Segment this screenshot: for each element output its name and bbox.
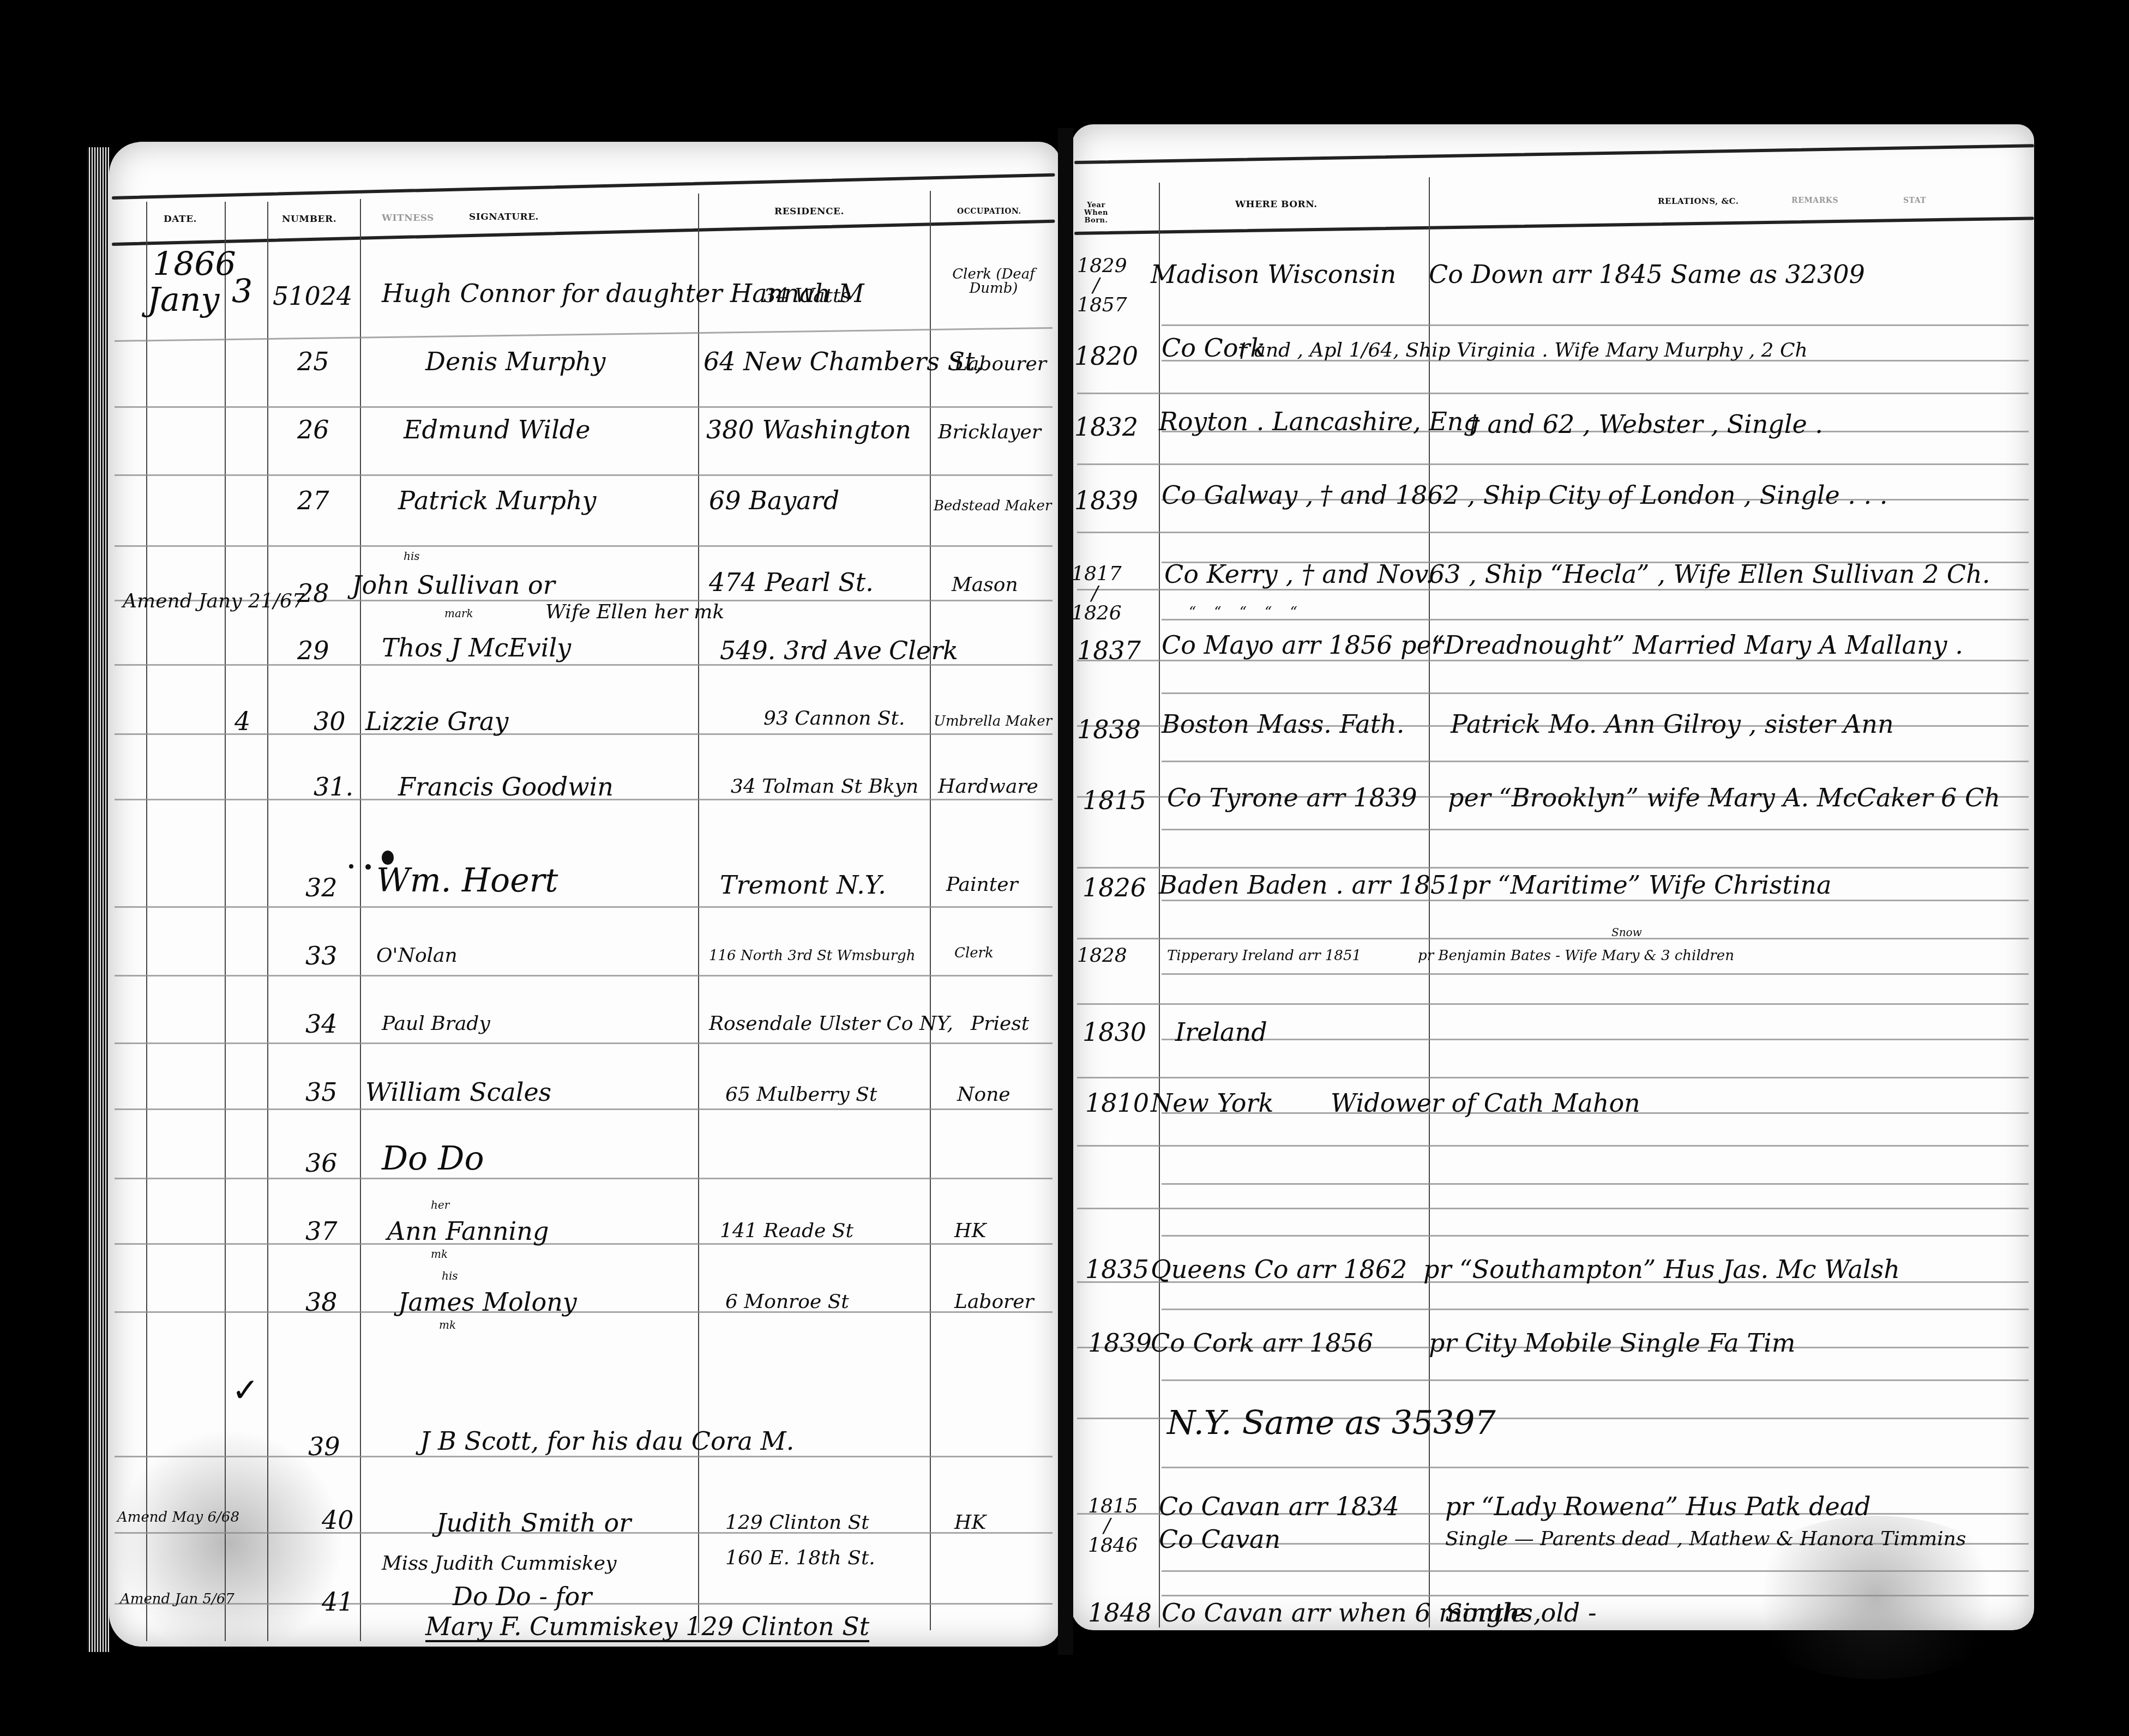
entry-relations: Co Down arr 1845 Same as 32309	[1429, 262, 1865, 287]
row-rule	[1077, 532, 2029, 533]
entry-where-born-line2: Co Cavan	[1159, 1527, 1280, 1552]
margin-note-amend: Amend Jan 5/67	[120, 1592, 234, 1606]
entry-residence: 69 Bayard	[709, 488, 839, 513]
entry-where-born: Co Cavan arr 1834	[1159, 1494, 1399, 1519]
entry-relations: “Dreadnought” Married Mary A Mallany .	[1432, 632, 1963, 658]
entry-year-born: 1839	[1074, 488, 1138, 513]
entry-number: 36	[305, 1150, 338, 1176]
entry-where-born: Ireland	[1175, 1020, 1267, 1045]
row-rule	[1077, 1208, 2029, 1209]
entry-signature-line2: Mary F. Cummiskey 129 Clinton St	[425, 1614, 869, 1642]
entry-year-born: 1829 / 1857	[1077, 256, 1115, 315]
entry-year-born: 1810	[1085, 1090, 1149, 1116]
header-residence: RESIDENCE.	[774, 206, 844, 217]
row-rule	[1077, 660, 2029, 661]
entry-where-born: Co Cork arr 1856	[1151, 1330, 1373, 1355]
entry-relations: Single ,	[1445, 1600, 1541, 1625]
entry-year-born: 1828	[1077, 946, 1127, 966]
entry-where-born: Tipperary Ireland arr 1851	[1167, 949, 1361, 963]
header-remarks-faded: REMARKS	[1791, 196, 1838, 205]
entry-occupation: Clerk	[954, 946, 994, 960]
entry-signature: Do Do	[382, 1142, 484, 1175]
entry-number: 33	[305, 943, 338, 968]
column-divider	[698, 194, 699, 1633]
signature-note-mark: mk	[439, 1319, 456, 1330]
entry-residence: 474 Pearl St.	[709, 570, 874, 595]
entry-where-born: New York	[1151, 1090, 1273, 1116]
row-rule	[1162, 1595, 2029, 1596]
entry-year-born: 1830	[1082, 1020, 1146, 1045]
entry-signature: J B Scott, for his dau Cora M.	[420, 1428, 794, 1454]
header-relations: RELATIONS, &c.	[1658, 196, 1739, 206]
row-rule	[115, 733, 1053, 735]
date-year: 1866	[153, 248, 236, 281]
entry-signature: Lizzie Gray	[365, 709, 508, 734]
entry-occupation: Labourer	[954, 354, 1047, 374]
row-rule	[1162, 1039, 2029, 1040]
entry-year-born: 1826	[1082, 875, 1146, 900]
entry-signature: John Sullivan or	[352, 572, 555, 598]
entry-residence: 129 Clinton St	[725, 1513, 869, 1533]
book-spine	[1058, 128, 1073, 1655]
column-divider	[1159, 183, 1160, 1627]
entry-year-born: 1815 / 1846	[1088, 1497, 1126, 1556]
entry-relations: per “Brooklyn” wife Mary A. McCaker 6 Ch	[1448, 785, 2000, 810]
row-rule	[115, 1178, 1053, 1179]
relations-note-above: Snow	[1611, 927, 1642, 938]
entry-year-born: 1835	[1085, 1257, 1149, 1282]
entry-where-born: Madison Wisconsin	[1151, 262, 1396, 287]
entry-year-born: 1839	[1088, 1330, 1152, 1355]
entry-number: 39	[308, 1434, 340, 1459]
entry-number: 29	[297, 638, 329, 663]
entry-relations: 63 , Ship “Hecla” , Wife Ellen Sullivan …	[1429, 562, 1990, 587]
entry-relations: pr “Maritime” Wife Christina	[1462, 872, 1831, 897]
margin-note-amend: Amend Jany 21/67	[123, 592, 305, 611]
entry-occupation: Clerk (Deaf Dumb)	[934, 267, 1054, 296]
row-rule	[1162, 1235, 2029, 1237]
entry-where-born: Boston Mass. Fath.	[1162, 712, 1404, 737]
checkmark: ✓	[232, 1374, 259, 1407]
entry-signature: Francis Goodwin	[398, 774, 614, 799]
entry-number: 34	[305, 1011, 338, 1036]
row-rule	[115, 406, 1053, 408]
entry-number: 40	[322, 1508, 354, 1533]
column-divider	[267, 202, 268, 1641]
entry-residence: 6 Monroe St	[725, 1292, 849, 1312]
entry-where-born: Co Kerry , † and Nov.	[1164, 562, 1434, 587]
entry-occupation: HK	[954, 1221, 986, 1241]
row-rule	[1162, 1183, 2029, 1185]
row-rule	[1162, 324, 2029, 326]
signature-note-mark: mk	[431, 1249, 448, 1259]
entry-number: 26	[297, 417, 329, 442]
entry-number: 30	[314, 709, 346, 734]
row-rule	[1077, 1077, 2029, 1078]
header-where-born: WHERE BORN.	[1235, 199, 1318, 210]
entry-relations: † and 62 , Webster , Single .	[1467, 412, 1823, 437]
row-rule	[115, 1108, 1053, 1110]
entry-occupation: None	[957, 1085, 1011, 1105]
entry-relations: Patrick Mo. Ann Gilroy , sister Ann	[1451, 712, 1894, 737]
entry-day: 4	[234, 709, 250, 734]
entry-number: 28	[297, 581, 329, 606]
row-rule	[1077, 1003, 2029, 1005]
entry-year-born: 1837	[1077, 638, 1141, 663]
signature-note-his: his	[404, 551, 420, 562]
row-rule	[1162, 829, 2029, 830]
entry-number: 51024	[273, 284, 352, 309]
column-divider	[360, 199, 361, 1641]
entry-signature: Wm. Hoert	[376, 864, 558, 897]
column-divider	[225, 202, 226, 1641]
row-rule	[1162, 1309, 2029, 1310]
entry-occupation: Laborer	[954, 1292, 1034, 1312]
entry-residence: 65 Mulberry St	[725, 1085, 877, 1105]
row-rule	[115, 1243, 1053, 1245]
row-rule	[115, 1042, 1053, 1044]
entry-where-born: Co Mayo arr 1856 per	[1162, 632, 1444, 658]
entry-residence: 380 Washington	[706, 417, 911, 442]
entry-residence: 116 North 3rd St Wmsburgh	[709, 949, 916, 963]
entry-signature: Do Do - for	[453, 1584, 592, 1609]
entry-occupation: Bedstead Maker	[934, 499, 1051, 513]
entry-residence: 64 New Chambers St,	[703, 349, 983, 374]
entry-signature: Ann Fanning	[387, 1219, 549, 1244]
row-rule	[1162, 900, 2029, 901]
header-occupation: OCCUPATION.	[957, 207, 1021, 216]
row-rule	[115, 1311, 1053, 1313]
entry-signature: O'Nolan	[376, 946, 458, 966]
header-witness-faded: WITNESS	[382, 213, 434, 224]
ditto-marks: “ “ “ “ “	[1189, 605, 1297, 619]
entry-residence: 141 Reade St	[720, 1221, 853, 1241]
column-divider	[146, 202, 147, 1641]
entry-relations: pr “Southampton” Hus Jas. Mc Walsh	[1423, 1257, 1900, 1282]
row-rule	[1162, 1379, 2029, 1381]
entry-number: 41	[322, 1589, 354, 1614]
entry-residence-line2: 160 E. 18th St.	[725, 1548, 875, 1568]
row-rule	[1077, 393, 2029, 394]
entry-number: 27	[297, 488, 329, 513]
entry-number: 38	[305, 1289, 338, 1315]
row-rule	[115, 906, 1053, 908]
header-date: DATE.	[164, 214, 197, 225]
entry-occupation: Painter	[946, 875, 1018, 895]
entry-signature: Paul Brady	[382, 1014, 490, 1034]
row-rule	[115, 474, 1053, 476]
header-number: NUMBER.	[282, 214, 336, 225]
entry-number: 35	[305, 1080, 338, 1105]
entry-signature: Judith Smith or	[436, 1510, 631, 1535]
entry-signature: James Molony	[398, 1289, 577, 1315]
entry-where-born: Royton . Lancashire, Eng	[1159, 409, 1480, 434]
entry-occupation: Bricklayer	[938, 423, 1041, 442]
entry-where-born: Co Galway ,	[1162, 483, 1313, 508]
row-rule	[1077, 463, 2029, 465]
entry-occupation: Clerk	[889, 638, 958, 663]
entry-occupation: Priest	[971, 1014, 1029, 1034]
entry-signature: Denis Murphy	[425, 349, 605, 374]
entry-relations: † and , Apl 1/64, Ship Virginia . Wife M…	[1238, 341, 1808, 360]
row-rule	[1162, 761, 2029, 762]
entry-year-born: 1815	[1082, 788, 1146, 813]
entry-occupation: Mason	[952, 575, 1018, 595]
book-page-edges	[87, 147, 109, 1652]
entry-year-born: 1838	[1077, 717, 1141, 742]
entry-where-born: Queens Co arr 1862	[1151, 1257, 1407, 1282]
entry-signature: Edmund Wilde	[404, 417, 591, 442]
entry-residence: Tremont N.Y.	[720, 872, 886, 897]
header-signature: SIGNATURE.	[469, 212, 539, 222]
entry-signature-line2: Miss Judith Cummiskey	[382, 1554, 617, 1574]
entry-residence: 34 Watts	[763, 286, 851, 306]
entry-relations: pr Benjamin Bates - Wife Mary & 3 childr…	[1418, 949, 1734, 963]
row-rule	[1162, 692, 2029, 694]
entry-day: 3	[232, 275, 252, 308]
entry-occupation: HK	[954, 1513, 986, 1533]
row-rule	[115, 1456, 1053, 1457]
entry-residence: 549. 3rd Ave	[720, 638, 882, 663]
signature-note-her: her	[431, 1199, 449, 1210]
entry-year-born: 1817 / 1826	[1072, 564, 1118, 623]
entry-occupation: Hardware	[938, 777, 1038, 797]
entry-relations: pr City Mobile Single Fa Tim	[1429, 1330, 1795, 1355]
row-rule	[1077, 1145, 2029, 1147]
signature-note-his: his	[442, 1270, 458, 1281]
entry-occupation: Umbrella Maker	[934, 714, 1052, 728]
entry-signature: William Scales	[365, 1080, 551, 1105]
header-stat-faded: STAT	[1903, 196, 1926, 205]
entry-where-born: Co Tyrone arr 1839	[1167, 785, 1417, 810]
entry-where-born: N.Y. Same as 35397	[1167, 1407, 1496, 1439]
margin-note-amend: Amend May 6/68	[117, 1510, 239, 1524]
entry-signature: Patrick Murphy	[398, 488, 597, 513]
entry-residence: 93 Cannon St.	[763, 709, 905, 728]
entry-number: 31.	[314, 774, 353, 799]
row-rule	[1162, 1570, 2029, 1572]
ink-blot	[349, 864, 353, 869]
date-month: Jany	[147, 284, 219, 316]
entry-number: 25	[297, 349, 329, 374]
entry-residence: Rosendale Ulster Co NY,	[709, 1014, 953, 1034]
row-rule	[1162, 1467, 2029, 1468]
entry-number: 32	[305, 875, 338, 900]
entry-year-born: 1820	[1074, 343, 1138, 369]
row-rule	[1162, 973, 2029, 975]
entry-where-born: Baden Baden . arr 1851	[1159, 872, 1463, 897]
signature-note-mark: mark	[444, 608, 473, 619]
row-rule	[115, 545, 1053, 547]
entry-relations: pr “Lady Rowena” Hus Patk dead	[1445, 1494, 1871, 1519]
entry-residence: 34 Tolman St Bkyn	[731, 777, 918, 797]
entry-signature: Thos J McEvily	[382, 635, 571, 660]
water-stain	[115, 1428, 344, 1657]
entry-signature-line2: Wife Ellen her mk	[545, 602, 724, 622]
entry-number: 37	[305, 1219, 338, 1244]
entry-relations-line2: Single — Parents dead , Mathew & Hanora …	[1445, 1529, 1966, 1549]
row-rule	[1077, 938, 2029, 939]
ink-blot	[365, 864, 371, 870]
row-rule	[1077, 867, 2029, 869]
entry-relations: † and 1862 , Ship City of London , Singl…	[1320, 483, 1887, 508]
entry-year-born: 1848	[1088, 1600, 1152, 1625]
row-rule	[115, 975, 1053, 976]
entry-relations: Widower of Cath Mahon	[1331, 1090, 1640, 1116]
row-rule	[1077, 589, 2029, 590]
header-year-born: Year When Born.	[1077, 202, 1115, 225]
entry-year-born: 1832	[1074, 414, 1138, 439]
